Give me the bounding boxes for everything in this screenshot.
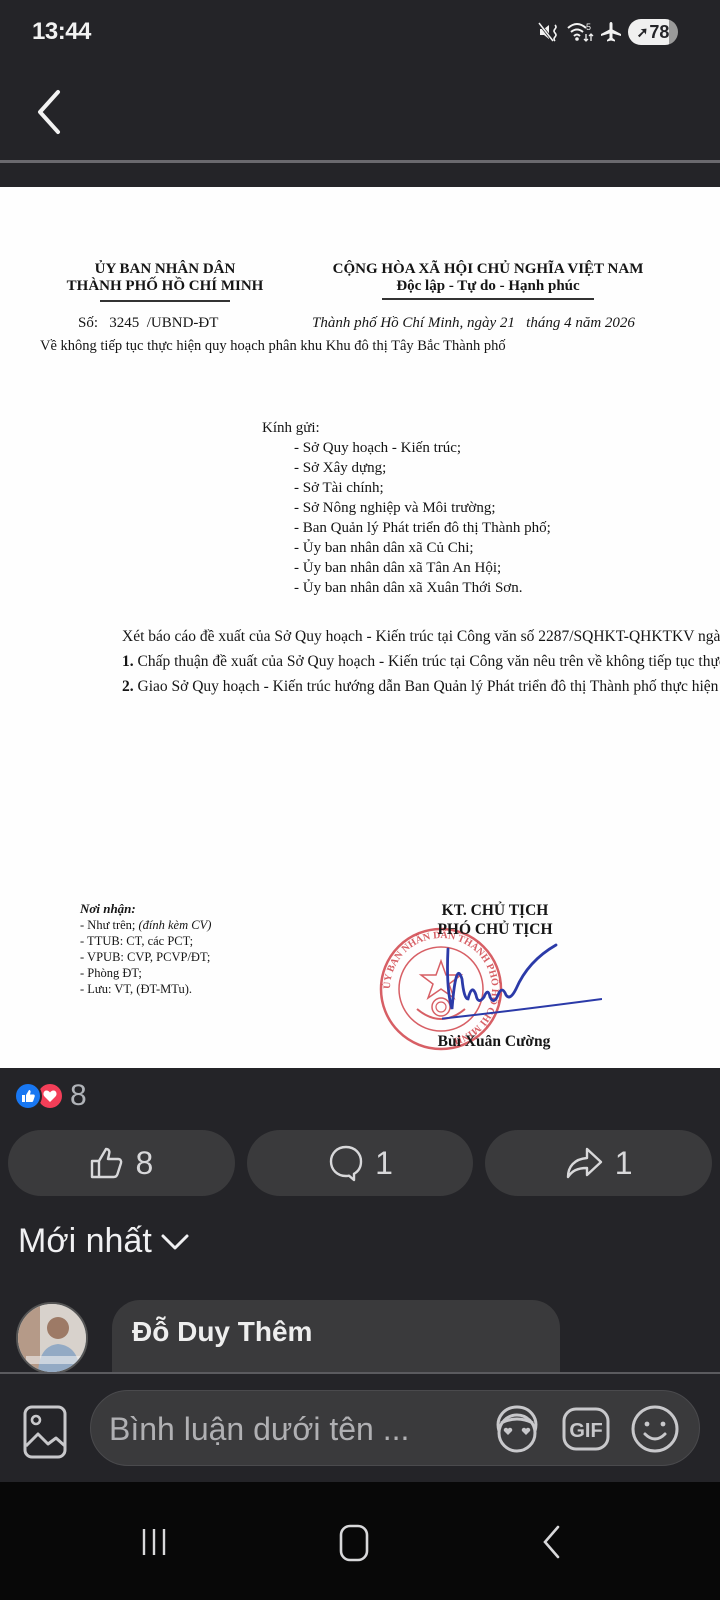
- back-arrow-icon: [540, 1524, 564, 1560]
- signature-icon: [442, 937, 602, 1027]
- doc-addressee-label: Kính gửi:: [262, 420, 320, 437]
- recent-apps-button[interactable]: [124, 1512, 184, 1572]
- back-button[interactable]: [24, 82, 74, 142]
- comment-button[interactable]: 1: [247, 1130, 474, 1196]
- doc-recipients: - Sở Quy hoạch - Kiến trúc; - Sở Xây dựn…: [294, 438, 551, 598]
- doc-body: Xét báo cáo đề xuất của Sở Quy hoạch - K…: [80, 627, 650, 702]
- doc-intro-paragraph: Xét báo cáo đề xuất của Sở Quy hoạch - K…: [80, 627, 650, 646]
- doc-item-1: 1. Chấp thuận đề xuất của Sở Quy hoạch -…: [80, 652, 650, 671]
- battery-saver-icon: ➚: [637, 24, 649, 41]
- home-icon: [338, 1522, 370, 1562]
- avatar[interactable]: [16, 1302, 88, 1374]
- smiley-icon: [629, 1403, 681, 1455]
- sort-label: Mới nhất: [18, 1222, 152, 1261]
- comment-bubble-icon: [327, 1144, 365, 1182]
- status-icons: 5 ➚78: [538, 18, 678, 46]
- like-reaction-icon: [14, 1082, 42, 1110]
- post-actions: 8 1 1: [8, 1130, 712, 1196]
- recipient: - Ủy ban nhân dân xã Xuân Thới Sơn.: [294, 578, 551, 598]
- recipient: - Sở Xây dựng;: [294, 458, 551, 478]
- comment-composer: GIF: [0, 1372, 720, 1482]
- gif-icon: GIF: [561, 1405, 611, 1453]
- avatar-sticker-button[interactable]: [489, 1401, 545, 1457]
- comment-count: 1: [375, 1145, 393, 1182]
- comment-author[interactable]: Đỗ Duy Thêm: [132, 1316, 312, 1348]
- reaction-count: 8: [70, 1079, 87, 1113]
- recent-apps-icon: [139, 1527, 169, 1557]
- underline: [100, 300, 230, 302]
- svg-text:GIF: GIF: [569, 1420, 602, 1442]
- mute-vibrate-icon: [538, 21, 560, 43]
- chevron-down-icon: [160, 1232, 190, 1252]
- svg-text:5: 5: [586, 22, 591, 32]
- doc-signer-name: Bùi Xuân Cường: [424, 1033, 564, 1051]
- share-count: 1: [615, 1145, 633, 1182]
- recipient: - Sở Quy hoạch - Kiến trúc;: [294, 438, 551, 458]
- recipient: - Ủy ban nhân dân xã Củ Chi;: [294, 538, 551, 558]
- share-arrow-icon: [565, 1145, 605, 1181]
- system-navigation-bar: [0, 1482, 720, 1600]
- post-image-document[interactable]: ỦY BAN NHÂN DÂN THÀNH PHỐ HỒ CHÍ MINH CỘ…: [0, 187, 720, 1068]
- gif-button[interactable]: GIF: [561, 1405, 611, 1453]
- like-count: 8: [135, 1145, 153, 1182]
- thumbs-up-icon: [89, 1145, 125, 1181]
- comment-input[interactable]: [109, 1403, 469, 1455]
- comment-sort-dropdown[interactable]: Mới nhất: [18, 1222, 190, 1261]
- doc-issuer: ỦY BAN NHÂN DÂN THÀNH PHỐ HỒ CHÍ MINH: [40, 261, 290, 302]
- doc-distribution-list: Nơi nhận: - Như trên; (đính kèm CV) - TT…: [80, 901, 211, 997]
- avatar-sticker-icon: [489, 1401, 545, 1457]
- person-photo-icon: [18, 1304, 88, 1374]
- image-icon: [22, 1404, 68, 1460]
- doc-number: Số: 3245 /UBND-ĐT: [78, 315, 218, 332]
- doc-subject: Về không tiếp tục thực hiện quy hoạch ph…: [40, 337, 310, 355]
- chevron-left-icon: [34, 88, 64, 136]
- status-time: 13:44: [32, 18, 91, 46]
- divider: [0, 160, 720, 163]
- recipient: - Ủy ban nhân dân xã Tân An Hội;: [294, 558, 551, 578]
- share-button[interactable]: 1: [485, 1130, 712, 1196]
- reactions-summary[interactable]: 8: [14, 1078, 87, 1114]
- wifi-5-icon: 5: [566, 21, 594, 43]
- emoji-button[interactable]: [629, 1403, 681, 1455]
- add-photo-button[interactable]: [22, 1404, 68, 1460]
- system-back-button[interactable]: [522, 1512, 582, 1572]
- recipient: - Sở Nông nghiệp và Môi trường;: [294, 498, 551, 518]
- status-bar: 13:44 5 ➚78: [0, 0, 720, 66]
- like-button[interactable]: 8: [8, 1130, 235, 1196]
- underline: [382, 298, 594, 300]
- doc-item-2: 2. Giao Sở Quy hoạch - Kiến trúc hướng d…: [80, 677, 650, 696]
- home-button[interactable]: [324, 1512, 384, 1572]
- airplane-mode-icon: [600, 21, 622, 43]
- recipient: - Sở Tài chính;: [294, 478, 551, 498]
- top-navigation: [0, 66, 720, 160]
- doc-place-date: Thành phố Hồ Chí Minh, ngày 21 tháng 4 n…: [312, 315, 635, 332]
- recipient: - Ban Quản lý Phát triển đô thị Thành ph…: [294, 518, 551, 538]
- doc-signer-title: KT. CHỦ TỊCH PHÓ CHỦ TỊCH: [410, 901, 580, 939]
- comment-input-container: GIF: [90, 1390, 700, 1466]
- doc-national-header: CỘNG HÒA XÃ HỘI CHỦ NGHĨA VIỆT NAM Độc l…: [318, 261, 658, 300]
- battery-indicator: ➚78: [628, 19, 678, 45]
